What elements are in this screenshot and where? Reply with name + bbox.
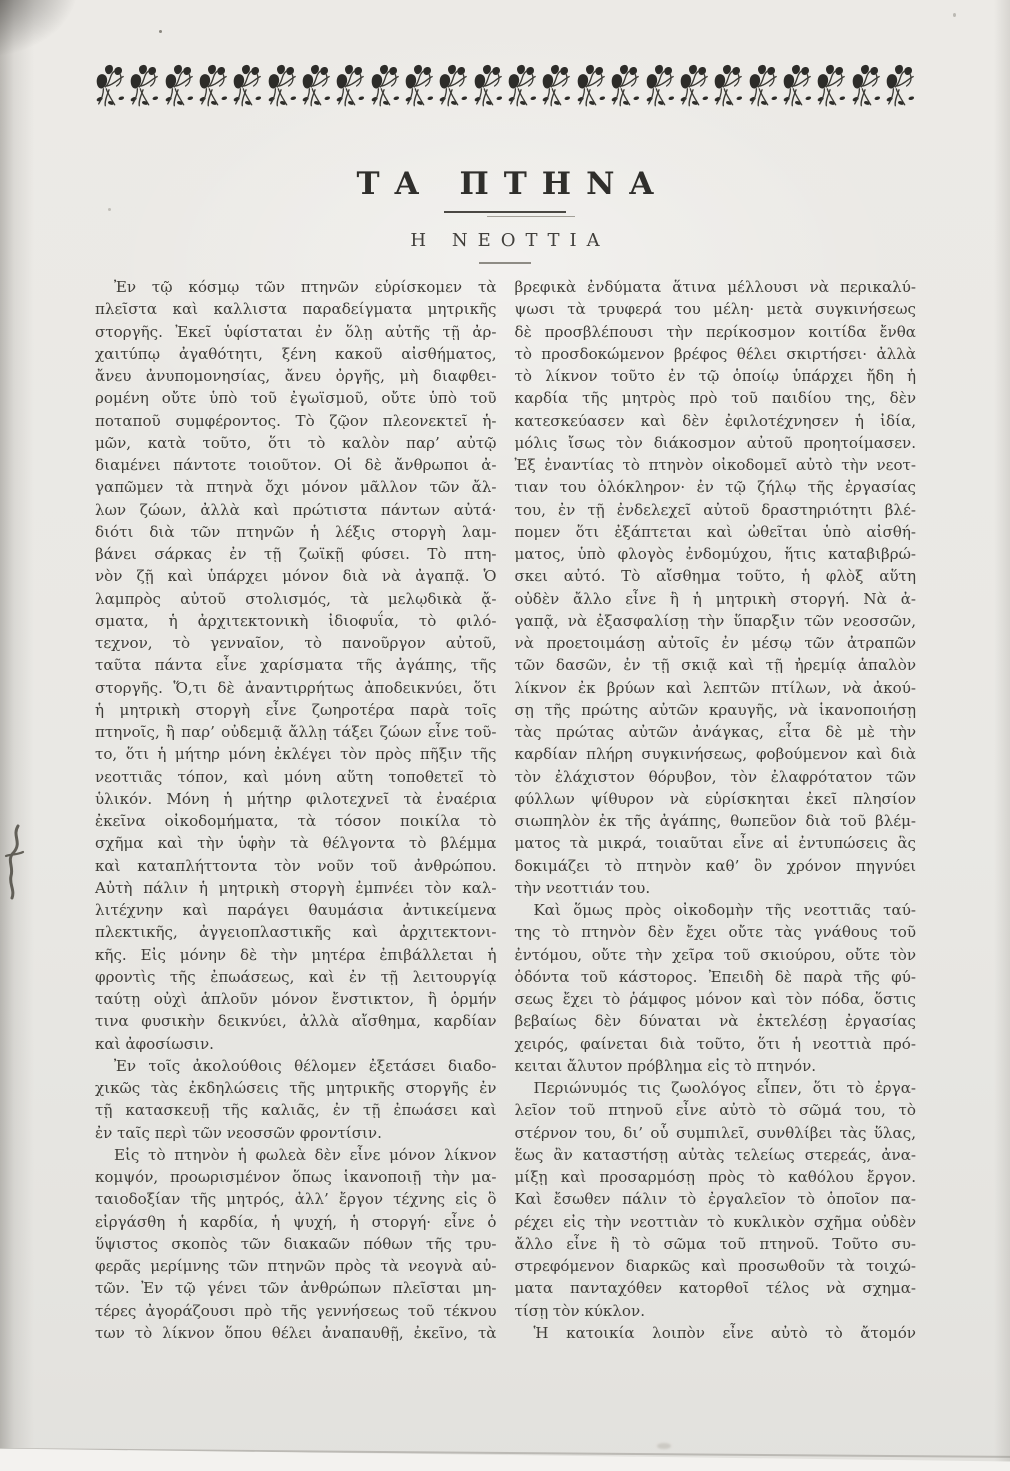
title-block: ΤΑ ΠΤΗΝΑ Η ΝΕΟΤΤΙΑ [0,166,1010,264]
text-line: τίσῃ τὸν κύκλον. [515,1300,917,1322]
text-line: νεοττιᾶς τόπον, καὶ μόνη αὕτη τοποθετεῖ … [95,766,497,788]
ink-speck [159,30,162,33]
text-line: λων ζώων, ἀλλὰ καὶ πρώτιστα πάντων αὐτά· [95,499,497,521]
text-line: ταῦτα πάντα εἶνε χαρίσματα τῆς ἀγάπης, τ… [95,654,497,676]
text-line: Καὶ ἔσωθεν πάλιν τὸ ἐργαλεῖον τὸ ὁποῖον … [515,1188,917,1210]
text-line: της τὸ πτηνὸν δὲν ἔχει οὔτε τὰς γνάθους … [515,921,917,943]
text-line: τῶν δασῶν, ἐν τῇ σκιᾷ καὶ τῇ ἠρεμίᾳ ἁπαλ… [515,654,917,676]
text-line: Ἐν τοῖς ἀκολούθοις θέλομεν ἐξετάσει διαδ… [95,1055,497,1077]
text-line: χαιτύπῳ ἀγαθότητι, ξένη κακοῦ αἰσθήματος… [95,343,497,365]
scanned-book-page: ΤΑ ΠΤΗΝΑ Η ΝΕΟΤΤΙΑ Ἐν τῷ κόσμῳ τῶν πτηνῶ… [0,0,1010,1471]
title-underline [444,211,566,213]
fleuron-icon [128,62,160,110]
text-line: λεῖον τοῦ πτηνοῦ εἶνε αὐτὸ τὸ σῶμά του, … [515,1099,917,1121]
text-line: ρομένη οὔτε ὑπὸ τοῦ ἐγωϊσμοῦ, οὔτε ὑπὸ τ… [95,387,497,409]
text-line: στρεφόμενον διαρκῶς καὶ προσωθοῦν τὰ τοι… [515,1255,917,1277]
text-line: ἐντόμου, οὔτε τὴν χεῖρα τοῦ σκιούρου, οὔ… [515,944,917,966]
text-line: εἰργάσθη ἡ καρδία, ἡ ψυχή, ἡ στοργή· εἶν… [95,1211,497,1233]
text-line: ὀδόντα τοῦ κάστορος. Ἐπειδὴ δὲ παρὰ τῆς … [515,966,917,988]
text-line: καρδία τῆς μητρὸς πρὸ τοῦ παιδίου της, δ… [515,387,917,409]
text-line: φροντὶς τῆς ἐπωάσεως, καὶ ἐν τῇ λειτουργ… [95,966,497,988]
text-line: Περιώνυμός τις ζωολόγος εἶπεν, ὅτι τὸ ἐρ… [515,1077,917,1099]
text-line: κομψόν, προωρισμένον ὅπως ἱκανοποιῇ τὴν … [95,1166,497,1188]
text-line: νὰ προετοιμάσῃ αὐτοῖς ἐν μέσῳ τῶν ἀτραπῶ… [515,632,917,654]
text-line: ματος, ὑπὸ φλογὸς ἐνδομύχου, ἥτις καταβι… [515,543,917,565]
text-line: σματα, ἡ ἀρχιτεκτονικὴ ἰδιοφυΐα, τὸ φιλό… [95,610,497,632]
text-line: λαμπρὸς αὐτοῦ στολισμός, τὰ μελῳδικὰ ᾄ- [95,588,497,610]
text-line: χικῶς τὰς ἐκδηλώσεις τῆς μητρικῆς στοργῆ… [95,1077,497,1099]
paragraph: Ἐν τοῖς ἀκολούθοις θέλομεν ἐξετάσει διαδ… [95,1055,497,1144]
text-line: Καὶ ὅμως πρὸς οἰκοδομὴν τῆς νεοττιᾶς ταύ… [515,899,917,921]
text-line: ἐν ταῖς περὶ τῶν νεοσσῶν φροντίσιν. [95,1122,497,1144]
fleuron-icon [712,62,744,110]
text-line: ψωσι τὰ τρυφερά του μέλη· μετὰ συγκινήσε… [515,298,917,320]
fleuron-icon [884,62,916,110]
fleuron-icon [609,62,641,110]
text-line: καρδίαν πλήρη συγκινήσεως, φοβούμενον κα… [515,743,917,765]
two-column-text: Ἐν τῷ κόσμῳ τῶν πτηνῶν εὑρίσκομεν τὰπλεῖ… [95,276,916,1344]
text-line: στοργῆς. Ἐκεῖ ὑφίσταται ἐν ὅλῃ αὐτῆς τῇ … [95,321,497,343]
floral-ornament-band [94,62,916,112]
text-line: βεβαίως δὲν δύναται νὰ ἐκτελέσῃ ἐργασίας [515,1010,917,1032]
text-line: το, ὅτι ἡ μήτηρ μόνη ἐκλέγει τὸν πρὸς πῆ… [95,743,497,765]
text-line: ἕως ἂν καταστήσῃ αὐτὰς τελείως στερεάς, … [515,1144,917,1166]
text-line: χειρός, φαίνεται διὰ τοῦτο, ὅτι ἡ νεοττι… [515,1033,917,1055]
fleuron-icon [403,62,435,110]
text-line: τινα φυσικὴν δεικνύει, ἀλλὰ αἴσθημα, καρ… [95,1010,497,1032]
text-line: σιωπηλὸν ἐκ τῆς ἀγάπης, θωπεῦον διὰ τοῦ … [515,810,917,832]
text-line: γαπᾷ, νὰ ἐξασφαλίσῃ τὴν ὕπαρξιν τῶν νεοσ… [515,610,917,632]
text-line: των τὸ λίκνον ὅπου θέλει ἀναπαυθῇ, ἐκεῖν… [95,1322,497,1344]
text-line: ρέχει εἰς τὴν νεοττιὰν τὸ κυκλικὸν σχῆμα… [515,1211,917,1233]
text-line: κειται ἄλυτον πρόβλημα εἰς τὸ πτηνόν. [515,1055,917,1077]
text-line: Εἰς τὸ πτηνὸν ἡ φωλεὰ δὲν εἶνε μόνον λίκ… [95,1144,497,1166]
subtitle-underline [479,262,531,264]
text-line: λιτέχνην καὶ παράγει θαυμάσια ἀντικείμεν… [95,899,497,921]
text-line: τῇ κατασκευῇ τῆς καλιᾶς, ἐν τῇ ἐπωάσει κ… [95,1099,497,1121]
fleuron-icon [197,62,229,110]
fleuron-icon [781,62,813,110]
text-line: μίξῃ καὶ προσαρμόσῃ πρὸς τὸ καθόλου ἔργο… [515,1166,917,1188]
text-line: σεως ἔχει τὸ ῥάμφος μόνον καὶ τὸν πόδα, … [515,988,917,1010]
text-line: πλεῖστα καὶ καλλιστα παραδείγματα μητρικ… [95,298,497,320]
text-line: στέρνον του, δι’ οὗ συμπιλεῖ, συνθλίβει … [515,1122,917,1144]
text-line: ὕψιστος σκοπὸς τῶν διακαῶν πόθων τῆς τρυ… [95,1233,497,1255]
text-line: κῆς. Εἰς μόνην δὲ τὴν μητέρα ἐπιβάλλεται… [95,944,497,966]
text-line: του, ἐν τῇ ἐνδελεχεῖ αὐτοῦ δραστηριότητι… [515,499,917,521]
fleuron-icon [94,62,126,110]
text-line: τῶν. Ἐν τῷ γένει τῶν ἀνθρώπων πλεῖσται μ… [95,1277,497,1299]
fleuron-icon [266,62,298,110]
text-line: λίκνον ἐκ βρύων καὶ λεπτῶν πτίλων, νὰ ἀκ… [515,677,917,699]
text-line: Ἡ κατοικία λοιπὸν εἶνε αὐτὸ τὸ ἄτομόν [515,1322,917,1344]
text-line: φύλλων ψίθυρον νὰ εὑρίσκηται ἐκεῖ πλησίο… [515,788,917,810]
text-line: στοργῆς. Ὅ,τι δὲ ἀναντιρρήτως ἀποδεικνύε… [95,677,497,699]
text-line: ματος τὰ μικρά, τοιαῦται εἶνε αἱ ἐντυπώσ… [515,832,917,854]
text-line: τιαν του ὁλόκληρον· ἐν τῷ ζήλῳ τῆς ἐργασ… [515,476,917,498]
text-line: καὶ καταπλήττοντα τὸν νοῦν τοῦ ἀνθρώπου. [95,855,497,877]
text-line: ὑλικόν. Μόνη ἡ μήτηρ φιλοτεχνεῖ τὰ ἐναέρ… [95,788,497,810]
text-line: βρεφικὰ ἐνδύματα ἅτινα μέλλουσι νὰ περικ… [515,276,917,298]
fleuron-icon [231,62,263,110]
fleuron-icon [540,62,572,110]
text-line: φερᾶς μερίμνης τῶν πτηνῶν πρὸς τὰ νεογνὰ… [95,1255,497,1277]
text-line: ἄλλο εἶνε ἢ τὸ σῶμα τοῦ πτηνοῦ. Τοῦτο συ… [515,1233,917,1255]
paragraph: βρεφικὰ ἐνδύματα ἅτινα μέλλουσι νὰ περικ… [515,276,917,899]
text-line: τὸ λίκνον τοῦτο ἐν τῷ ὁποίῳ ὑπάρχει ἤδη … [515,365,917,387]
text-line: τὰς πρώτας αὐτῶν ἀνάγκας, εἶτα δὲ μὲ τὴν [515,721,917,743]
text-line: τέρες ἀγοράζουσι πρὸ τῆς γεννήσεως τοῦ τ… [95,1300,497,1322]
fleuron-icon [334,62,366,110]
text-line: μῶν, κατὰ τοῦτο, ὅτι τὸ καλὸν παρ’ αὐτῷ [95,432,497,454]
text-line: διαμένει πάντοτε τοιοῦτον. Οἱ δὲ ἄνθρωπο… [95,454,497,476]
fleuron-icon [575,62,607,110]
fleuron-icon [472,62,504,110]
text-line: δοκιμάζει τὸ πτηνὸν καθ’ ὃν χρόνον πηγνύ… [515,855,917,877]
ink-speck [836,1160,839,1163]
text-line: ματα πανταχόθεν κατορθοῖ τέλος νὰ σχημα- [515,1277,917,1299]
fleuron-icon [437,62,469,110]
paragraph: Περιώνυμός τις ζωολόγος εἶπεν, ὅτι τὸ ἐρ… [515,1077,917,1322]
text-line: Αὐτὴ πάλιν ἡ μητρικὴ στοργὴ ἐμπνέει τὸν … [95,877,497,899]
text-line: ἡ μητρικὴ στοργὴ εἶνε ζωηροτέρα παρὰ τοῖ… [95,699,497,721]
text-line: νὸν ζῇ καὶ ὑπάρχει μόνον διὰ νὰ ἀγαπᾷ. Ὁ [95,565,497,587]
fleuron-icon [815,62,847,110]
text-line: σκει αὐτό. Τὸ αἴσθημα τοῦτο, ἡ φλὸξ αὕτη [515,565,917,587]
text-line: κατεσκεύασεν καὶ δὲν ἐφιλοτέχνησεν ἡ ἰδί… [515,410,917,432]
fleuron-icon [369,62,401,110]
text-line: τεχνον, τὸ γενναῖον, τὸ πανοῦργον αὐτοῦ, [95,632,497,654]
text-line: Ἐξ ἐναντίας τὸ πτηνὸν οἰκοδομεῖ αὐτὸ τὴν… [515,454,917,476]
left-column: Ἐν τῷ κόσμῳ τῶν πτηνῶν εὑρίσκομεν τὰπλεῖ… [95,276,497,1344]
text-line: ἐκεῖνα οἰκοδομήματα, τὰ τόσον ποικίλα τὸ [95,810,497,832]
text-line: ποταποῦ συμφέροντος. Τὸ ζῷον πλεονεκτεῖ … [95,410,497,432]
page-title: ΤΑ ΠΤΗΝΑ [0,166,1010,202]
fleuron-icon [163,62,195,110]
text-line: τὸ προσδοκώμενον βρέφος θέλει σκιρτήσει·… [515,343,917,365]
fleuron-icon [506,62,538,110]
smudge [657,1443,671,1449]
ink-squiggle-mark [2,822,32,902]
text-line: μόλις ἴσως τὸν διάκοσμον αὐτοῦ προητοίμα… [515,432,917,454]
text-line: ταιοδοξίαν τῆς μητρός, ἀλλ’ ἔργον τέχνης… [95,1188,497,1210]
paragraph: Καὶ ὅμως πρὸς οἰκοδομὴν τῆς νεοττιᾶς ταύ… [515,899,917,1077]
right-column: βρεφικὰ ἐνδύματα ἅτινα μέλλουσι νὰ περικ… [515,276,917,1344]
section-subtitle: Η ΝΕΟΤΤΙΑ [0,230,1010,251]
title-underline-faint [487,216,575,217]
text-line: τὴν νεοττιάν του. [515,877,917,899]
text-line: γαπῶμεν τὰ πτηνὰ ὄχι μόνον μᾶλλον τῶν ἄλ… [95,476,497,498]
fleuron-icon [747,62,779,110]
text-line: Ἐν τῷ κόσμῳ τῶν πτηνῶν εὑρίσκομεν τὰ [95,276,497,298]
text-line: πλεκτικῆς, ἀγγειοπλαστικῆς καὶ ἀρχιτεκτο… [95,921,497,943]
text-line: οὐδὲν ἄλλο εἶνε ἢ ἡ μητρικὴ στοργή. Νὰ ἀ… [515,588,917,610]
fleuron-icon [678,62,710,110]
text-line: δὲ προσβλέπουσι τὴν περίκοσμον κοιτίδα ἔ… [515,321,917,343]
paragraph: Εἰς τὸ πτηνὸν ἡ φωλεὰ δὲν εἶνε μόνον λίκ… [95,1144,497,1344]
fleuron-icon [850,62,882,110]
text-line: ταύτῃ οὐχὶ ἁπλοῦν μόνον ἔνστικτον, ἢ ὁρμ… [95,988,497,1010]
text-line: διότι διὰ τῶν πτηνῶν ἡ λέξις στοργὴ λαμ- [95,521,497,543]
text-line: σῃ τῆς πρώτης αὐτῶν κραυγῆς, νὰ ἱκανοποι… [515,699,917,721]
text-line: τὸν ἐλάχιστον θόρυβον, τὸν ἐλαφρότατον τ… [515,766,917,788]
text-line: πτηνοῖς, ἢ παρ’ οὐδεμιᾷ ἄλλῃ τάξει ζώων … [95,721,497,743]
text-line: σχῆμα καὶ τὴν ὑφὴν τὰ θέλγοντα τὸ βλέμμα [95,832,497,854]
paragraph: Ἐν τῷ κόσμῳ τῶν πτηνῶν εὑρίσκομεν τὰπλεῖ… [95,276,497,1055]
text-line: βάνει σάρκας ἐν τῇ ζωϊκῇ φύσει. Τὸ πτη- [95,543,497,565]
fleuron-icon [300,62,332,110]
ink-speck [953,13,956,17]
paragraph: Ἡ κατοικία λοιπὸν εἶνε αὐτὸ τὸ ἄτομόν [515,1322,917,1344]
text-line: πομεν ὅτι ἐξάπτεται καὶ ὠθεῖται ὑπὸ αἰσθ… [515,521,917,543]
text-line: ἄνευ ἀνυπομονησίας, ἄνευ ὀργῆς, μὴ διαφθ… [95,365,497,387]
fleuron-icon [644,62,676,110]
text-line: καὶ ἀφοσίωσιν. [95,1033,497,1055]
ink-speck [108,208,111,211]
